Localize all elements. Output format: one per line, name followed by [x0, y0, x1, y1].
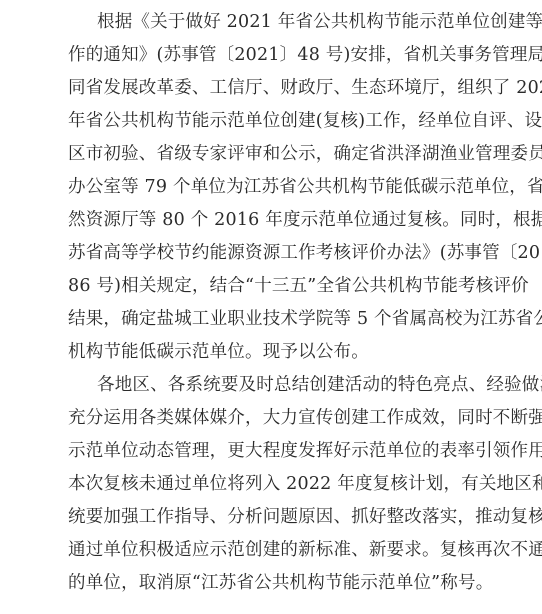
paragraph-2-line-2: 充分运用各类媒体媒介，大力宣传创建工作成效，同时不断强化: [68, 406, 464, 430]
paragraph-2-line-7: 的单位，取消原“江苏省公共机构节能示范单位”称号。: [68, 571, 464, 595]
paragraph-1-line-8: 苏省高等学校节约能源资源工作考核评价办法》(苏事管〔2014〕: [68, 241, 464, 265]
paragraph-1-line-3: 同省发展改革委、工信厅、财政厅、生态环境厅，组织了 2021: [68, 76, 464, 100]
paragraph-1-line-1: 根据《关于做好 2021 年省公共机构节能示范单位创建等工: [97, 10, 464, 34]
paragraph-1-line-4: 年省公共机构节能示范单位创建(复核)工作，经单位自评、设: [68, 109, 464, 133]
paragraph-2-line-6: 通过单位积极适应示范创建的新标准、新要求。复核再次不通过: [68, 538, 464, 562]
paragraph-1-line-9: 86 号)相关规定，结合“十三五”全省公共机构节能考核评价: [68, 274, 464, 298]
paragraph-2-line-5: 统要加强工作指导、分析问题原因、抓好整改落实，推动复核未: [68, 505, 464, 529]
paragraph-2-line-3: 示范单位动态管理，更大程度发挥好示范单位的表率引领作用。: [68, 439, 464, 463]
paragraph-1-line-11: 机构节能低碳示范单位。现予以公布。: [68, 340, 464, 364]
document-page: 根据《关于做好 2021 年省公共机构节能示范单位创建等工 作的通知》(苏事管〔…: [0, 0, 542, 614]
paragraph-1-line-7: 然资源厅等 80 个 2016 年度示范单位通过复核。同时，根据《江: [68, 208, 464, 232]
paragraph-1-line-10: 结果，确定盐城工业职业技术学院等 5 个省属高校为江苏省公共: [68, 307, 464, 331]
paragraph-1-line-5: 区市初验、省级专家评审和公示，确定省洪泽湖渔业管理委员会: [68, 142, 464, 166]
paragraph-1-line-2: 作的通知》(苏事管〔2021〕48 号)安排，省机关事务管理局会: [68, 43, 464, 67]
paragraph-2-line-1: 各地区、各系统要及时总结创建活动的特色亮点、经验做法，: [97, 373, 464, 397]
paragraph-1-line-6: 办公室等 79 个单位为江苏省公共机构节能低碳示范单位，省自: [68, 175, 464, 199]
paragraph-2-line-4: 本次复核未通过单位将列入 2022 年度复核计划，有关地区和系: [68, 472, 464, 496]
